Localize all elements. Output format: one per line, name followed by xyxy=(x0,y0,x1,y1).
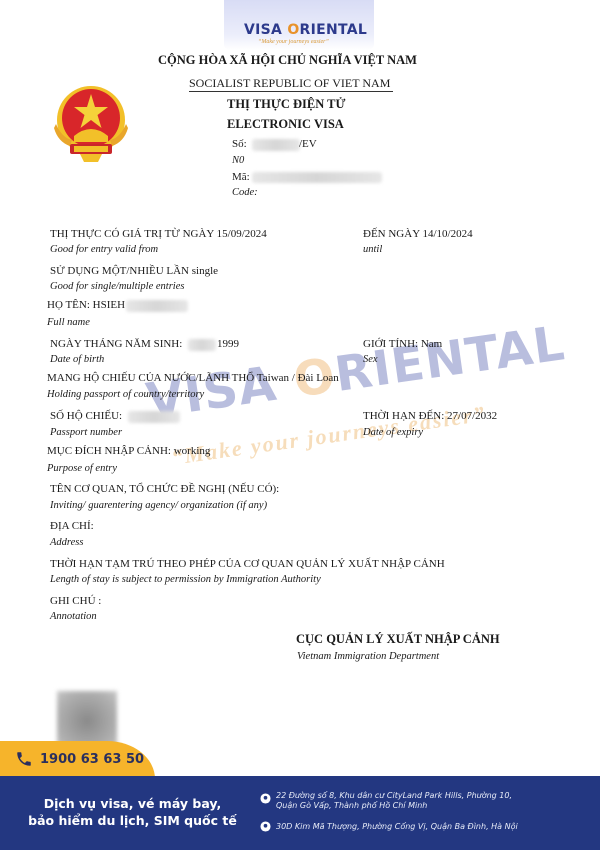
passport-expiry-en: Date of expiry xyxy=(363,427,423,438)
passport-country-en: Holding passport of country/territory xyxy=(47,389,204,400)
full-name-redacted xyxy=(126,300,188,312)
brand-name-o: O xyxy=(287,22,299,38)
visa-number-label-en: N0 xyxy=(232,155,244,166)
hotline-number[interactable]: 1900 63 63 50 xyxy=(40,752,144,767)
passport-country-vi: MANG HỘ CHIẾU CỦA NƯỚC/LÃNH THỔ Taiwan /… xyxy=(47,372,339,384)
valid-from-vi: THỊ THỰC CÓ GIÁ TRỊ TỪ NGÀY 15/09/2024 xyxy=(50,228,267,240)
passport-expiry-vi: THỜI HẠN ĐẾN: 27/07/2032 xyxy=(363,410,497,422)
location-pin-icon xyxy=(260,821,271,832)
sex-vi: GIỚI TÍNH: Nam xyxy=(363,338,442,350)
national-emblem-icon xyxy=(48,82,134,166)
passport-number-vi: SỐ HỘ CHIẾU: xyxy=(50,410,122,422)
address-hanoi: 30D Kim Mã Thượng, Phường Cống Vị, Quận … xyxy=(276,822,518,832)
location-pin-icon xyxy=(260,793,271,804)
code-label-vi: Mã: xyxy=(232,171,250,183)
annotation-vi: GHI CHÚ : xyxy=(50,595,101,607)
code-redacted xyxy=(252,172,382,183)
services-line-1: Dịch vụ visa, vé máy bay, xyxy=(20,795,245,812)
services-line-2: bảo hiểm du lịch, SIM quốc tế xyxy=(20,812,245,829)
visa-number-label: Số: xyxy=(232,138,247,150)
address-hcm-line-1: 22 Đường số 8, Khu dân cư CityLand Park … xyxy=(276,791,512,801)
address-hcm-line-2: Quận Gò Vấp, Thành phố Hồ Chí Minh xyxy=(276,801,512,811)
valid-until-vi: ĐẾN NGÀY 14/10/2024 xyxy=(363,228,473,240)
brand-logo: VISA ORIENTAL xyxy=(244,22,367,38)
visa-number-suffix: /EV xyxy=(299,138,317,150)
purpose-en: Purpose of entry xyxy=(47,463,117,474)
authority-name-en: Vietnam Immigration Department xyxy=(297,651,439,662)
full-name-vi: HỌ TÊN: HSIEH xyxy=(47,299,125,311)
sex-en: Sex xyxy=(363,354,378,365)
valid-until-en: until xyxy=(363,244,382,255)
dob-en: Date of birth xyxy=(50,354,104,365)
address-hcm: 22 Đường số 8, Khu dân cư CityLand Park … xyxy=(276,791,512,811)
annotation-en: Annotation xyxy=(50,611,97,622)
passport-number-en: Passport number xyxy=(50,427,122,438)
dob-redacted xyxy=(188,339,216,351)
authority-name-vi: CỤC QUẢN LÝ XUẤT NHẬP CẢNH xyxy=(296,632,500,647)
purpose-vi: MỤC ĐÍCH NHẬP CẢNH: working xyxy=(47,445,210,457)
valid-from-en: Good for entry valid from xyxy=(50,244,158,255)
brand-name-post: RIENTAL xyxy=(300,22,368,38)
brand-name-pre: VISA xyxy=(244,22,287,38)
entries-vi: SỬ DỤNG MỘT/NHIỀU LẦN single xyxy=(50,265,218,277)
dob-vi: NGÀY THÁNG NĂM SINH: xyxy=(50,338,182,350)
full-name-en: Full name xyxy=(47,317,90,328)
header-divider xyxy=(189,91,393,92)
stay-en: Length of stay is subject to permission … xyxy=(50,574,321,585)
agency-en: Inviting/ guarentering agency/ organizat… xyxy=(50,500,267,511)
address-vi: ĐỊA CHỈ: xyxy=(50,520,94,532)
entries-en: Good for single/multiple entries xyxy=(50,281,184,292)
dob-year: 1999 xyxy=(217,338,239,350)
stay-vi: THỜI HẠN TẠM TRÚ THEO PHÉP CỦA CƠ QUAN Q… xyxy=(50,558,445,570)
brand-tagline: “Make your journeys easier” xyxy=(258,39,329,45)
code-label-en: Code: xyxy=(232,187,258,198)
services-tagline: Dịch vụ visa, vé máy bay, bảo hiểm du lị… xyxy=(20,795,245,829)
phone-icon xyxy=(15,750,33,768)
country-name-en: SOCIALIST REPUBLIC OF VIET NAM xyxy=(189,76,390,91)
visa-number-redacted xyxy=(252,139,300,151)
visa-title-vi: THỊ THỰC ĐIỆN TỬ xyxy=(227,97,345,112)
agency-vi: TÊN CƠ QUAN, TỔ CHỨC ĐỀ NGHỊ (NẾU CÓ): xyxy=(50,483,279,495)
visa-title-en: ELECTRONIC VISA xyxy=(227,117,344,132)
address-en: Address xyxy=(50,537,83,548)
passport-number-redacted xyxy=(128,411,180,423)
country-name-vi: CỘNG HÒA XÃ HỘI CHỦ NGHĨA VIỆT NAM xyxy=(158,53,417,68)
